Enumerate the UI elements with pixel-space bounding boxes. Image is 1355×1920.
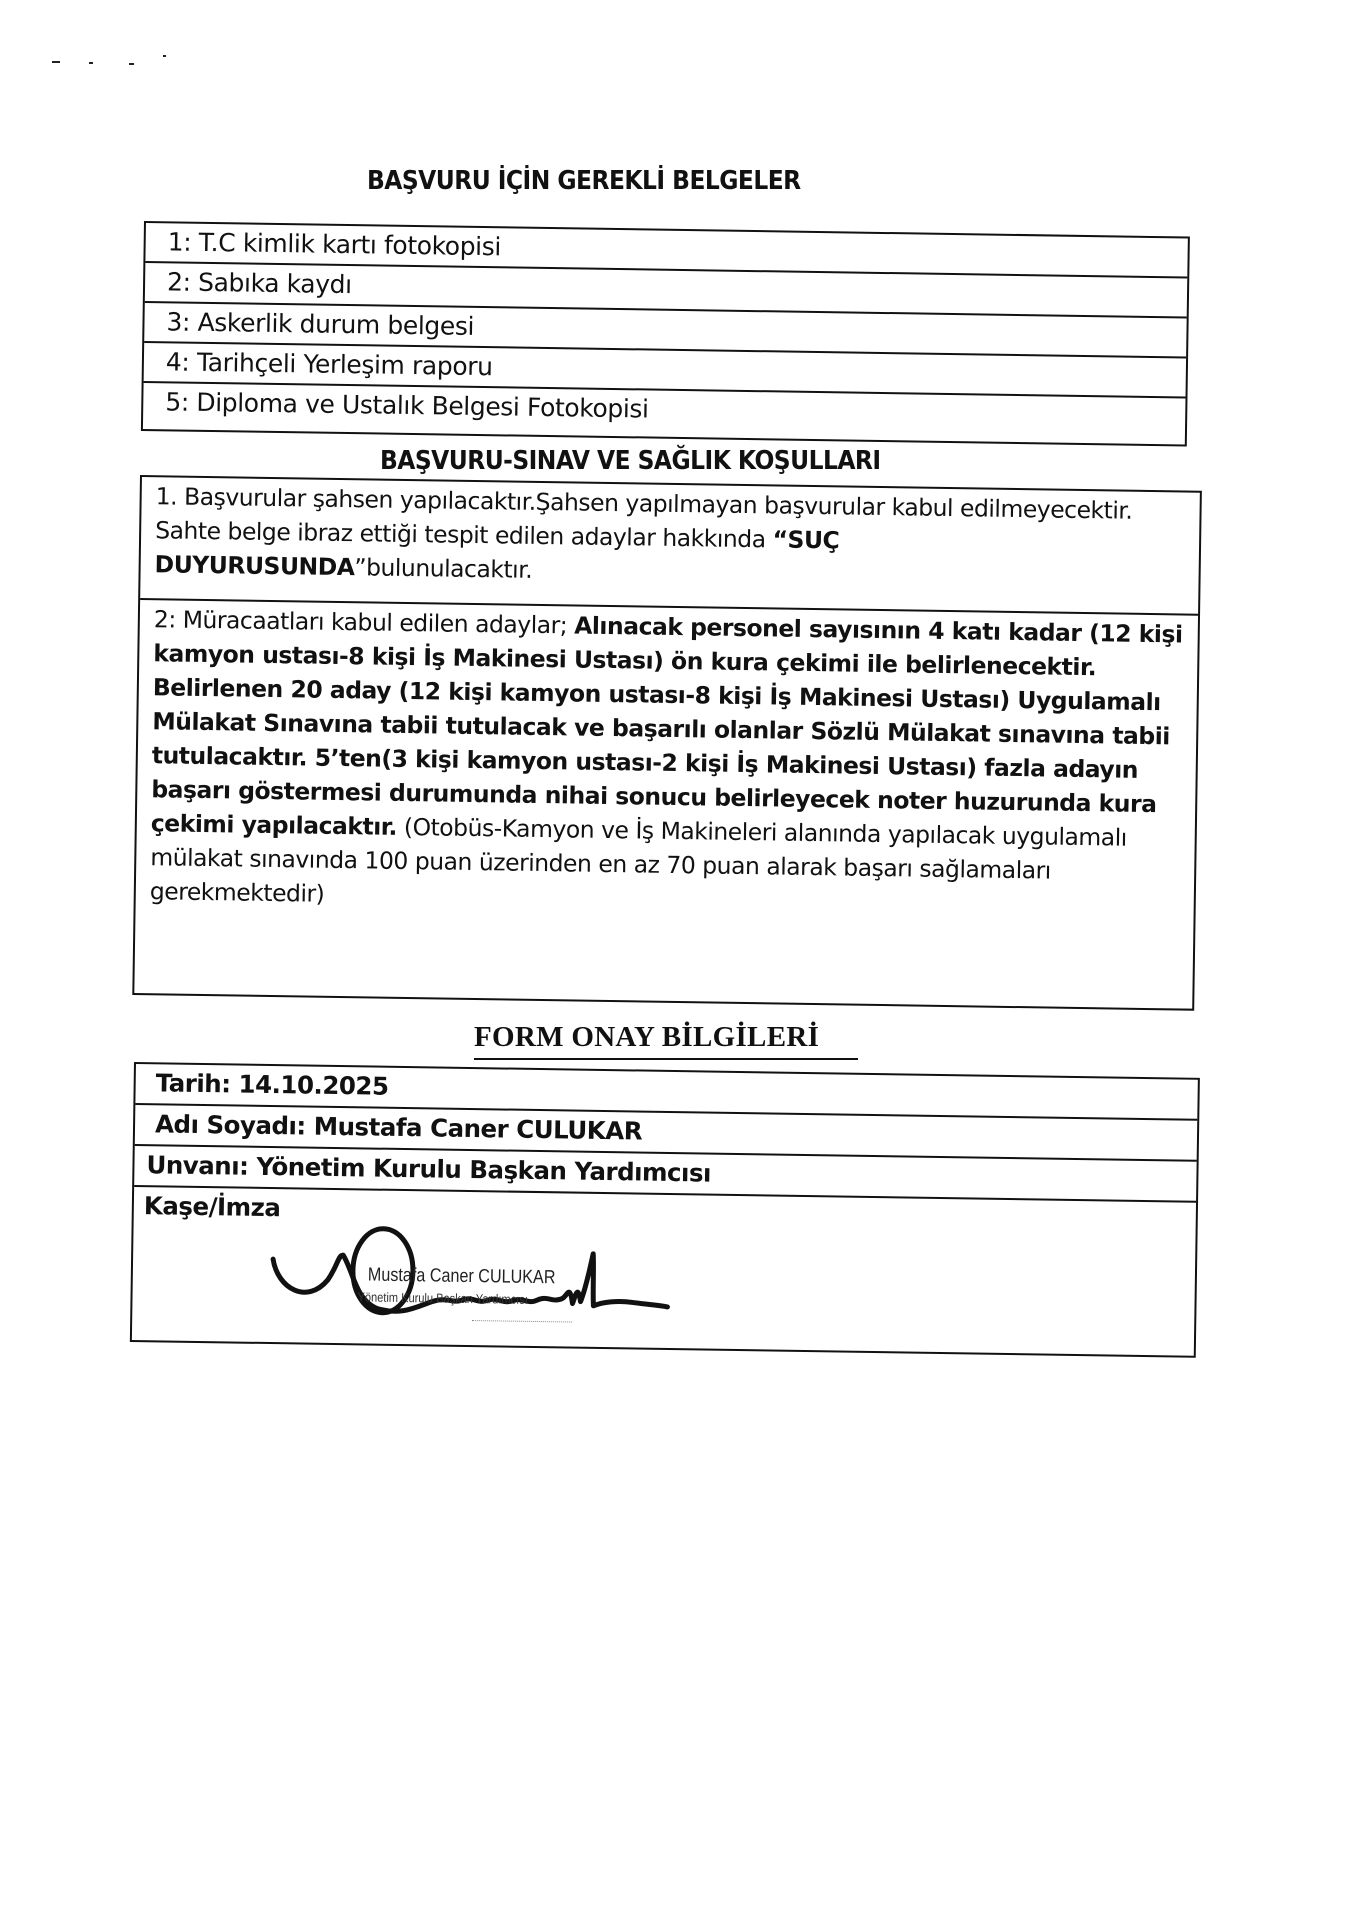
condition-item-1: 1. Başvurular şahsen yapılacaktır.Şahsen… bbox=[140, 477, 1200, 616]
signature: Mustafa Caner CULUKAR Yönetim Kurulu Baş… bbox=[267, 1219, 749, 1336]
form-approval-table: Tarih: 14.10.2025 Adı Soyadı: Mustafa Ca… bbox=[130, 1062, 1200, 1358]
scan-speck bbox=[89, 62, 93, 64]
title-underline bbox=[474, 1058, 858, 1060]
section-title-conditions: BAŞVURU-SINAV VE SAĞLIK KOŞULLARI bbox=[380, 446, 881, 476]
section-title-required-documents: BAŞVURU İÇİN GEREKLİ BELGELER bbox=[367, 166, 801, 196]
stamp-title-text: Yönetim Kurulu Başkan Yardımcısı bbox=[357, 1278, 528, 1319]
scan-speck bbox=[129, 63, 134, 65]
scan-speck bbox=[163, 55, 166, 57]
condition-2-emphasis: Alınacak personel sayısının 4 katı kadar… bbox=[151, 611, 1183, 840]
required-documents-table: 1: T.C kimlik kartı fotokopisi 2: Sabıka… bbox=[141, 221, 1190, 446]
condition-item-2: 2: Müracaatları kabul edilen adaylar; Al… bbox=[134, 600, 1198, 1009]
condition-2-text: 2: Müracaatları kabul edilen adaylar; bbox=[154, 605, 575, 639]
condition-1-text: 1. Başvurular şahsen yapılacaktır.Şahsen… bbox=[155, 482, 1133, 553]
scanned-document-page: BAŞVURU İÇİN GEREKLİ BELGELER 1: T.C kim… bbox=[0, 0, 1355, 1920]
stamp-signature-label: Kaşe/İmza bbox=[144, 1191, 281, 1222]
scan-speck bbox=[52, 61, 60, 63]
stamp-signature-area: Kaşe/İmza Mustafa Caner CULUKAR Yönetim … bbox=[132, 1187, 1196, 1357]
condition-1-text-end: ”bulunulacaktır. bbox=[354, 553, 532, 584]
conditions-table: 1. Başvurular şahsen yapılacaktır.Şahsen… bbox=[132, 475, 1202, 1011]
section-title-form-approval: FORM ONAY BİLGİLERİ bbox=[474, 1021, 819, 1054]
